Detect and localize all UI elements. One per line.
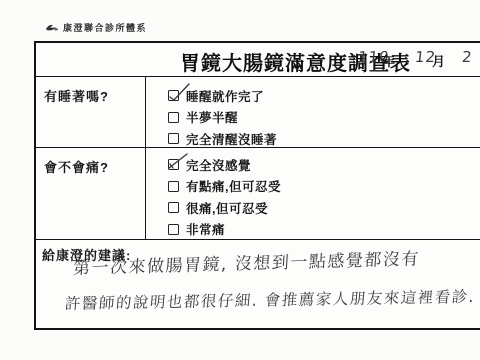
clinic-logo: 康澄聯合診所體系 (45, 21, 147, 34)
question-label-sleep: 有睡著嗎? (36, 77, 146, 147)
date-year-label: 年 (382, 51, 395, 70)
option-pain-slight: 有點痛,但可忍受 (168, 176, 480, 198)
date-day-value: 2 (461, 48, 473, 66)
option-label: 有點痛,但可忍受 (186, 177, 281, 195)
checkbox-checked-icon (168, 90, 179, 101)
checkbox-icon (168, 181, 179, 192)
options-pain: 完全沒感覺 有點痛,但可忍受 很痛,但可忍受 非常痛 (146, 148, 480, 239)
handwritten-comment-line-2: 許醫師的說明也都很仔細. 會推薦家人朋友來這裡看診. 讚 (64, 284, 480, 314)
option-label: 很痛,但可忍受 (186, 199, 268, 217)
option-sleep-finished: 睡醒就作完了 (168, 85, 480, 107)
option-label: 睡醒就作完了 (186, 87, 264, 105)
option-label: 半夢半醒 (186, 108, 238, 126)
option-pain-none: 完全沒感覺 (168, 154, 480, 176)
suggestion-row: 給康澄的建議: 第一次來做腸胃鏡, 沒想到一點感覺都沒有 許醫師的說明也都很仔細… (36, 240, 480, 332)
option-pain-severe: 非常痛 (168, 219, 480, 241)
checkbox-checked-icon (168, 159, 179, 170)
option-pain-bearable: 很痛,但可忍受 (168, 197, 480, 219)
checkbox-icon (168, 112, 179, 123)
option-sleep-fully-awake: 完全清醒沒睡著 (168, 128, 480, 150)
options-sleep: 睡醒就作完了 半夢半醒 完全清醒沒睡著 (146, 77, 480, 147)
clinic-logo-text: 康澄聯合診所體系 (63, 21, 147, 34)
option-label: 完全清醒沒睡著 (186, 130, 277, 148)
bird-logo-icon (45, 23, 59, 33)
question-label-pain: 會不會痛? (36, 148, 146, 239)
checkbox-icon (168, 224, 179, 235)
survey-form-table: 胃鏡大腸鏡滿意度調查表 110 年 12 月 2 有睡著嗎? 睡醒就作完了 (34, 41, 480, 330)
question-row-pain: 會不會痛? 完全沒感覺 有點痛,但可忍受 (36, 148, 480, 240)
question-row-sleep: 有睡著嗎? 睡醒就作完了 半夢半醒 完全清醒沒睡著 (36, 77, 480, 148)
scanned-survey-document: 康澄聯合診所體系 胃鏡大腸鏡滿意度調查表 110 年 12 月 2 有睡著嗎? (0, 0, 480, 360)
option-sleep-half-awake: 半夢半醒 (168, 107, 480, 129)
date-month-label: 月 (432, 51, 445, 70)
option-label: 非常痛 (186, 220, 225, 238)
checkbox-icon (168, 133, 179, 144)
option-label: 完全沒感覺 (186, 156, 251, 174)
form-title-row: 胃鏡大腸鏡滿意度調查表 110 年 12 月 2 (36, 43, 480, 77)
checkbox-icon (168, 202, 179, 213)
